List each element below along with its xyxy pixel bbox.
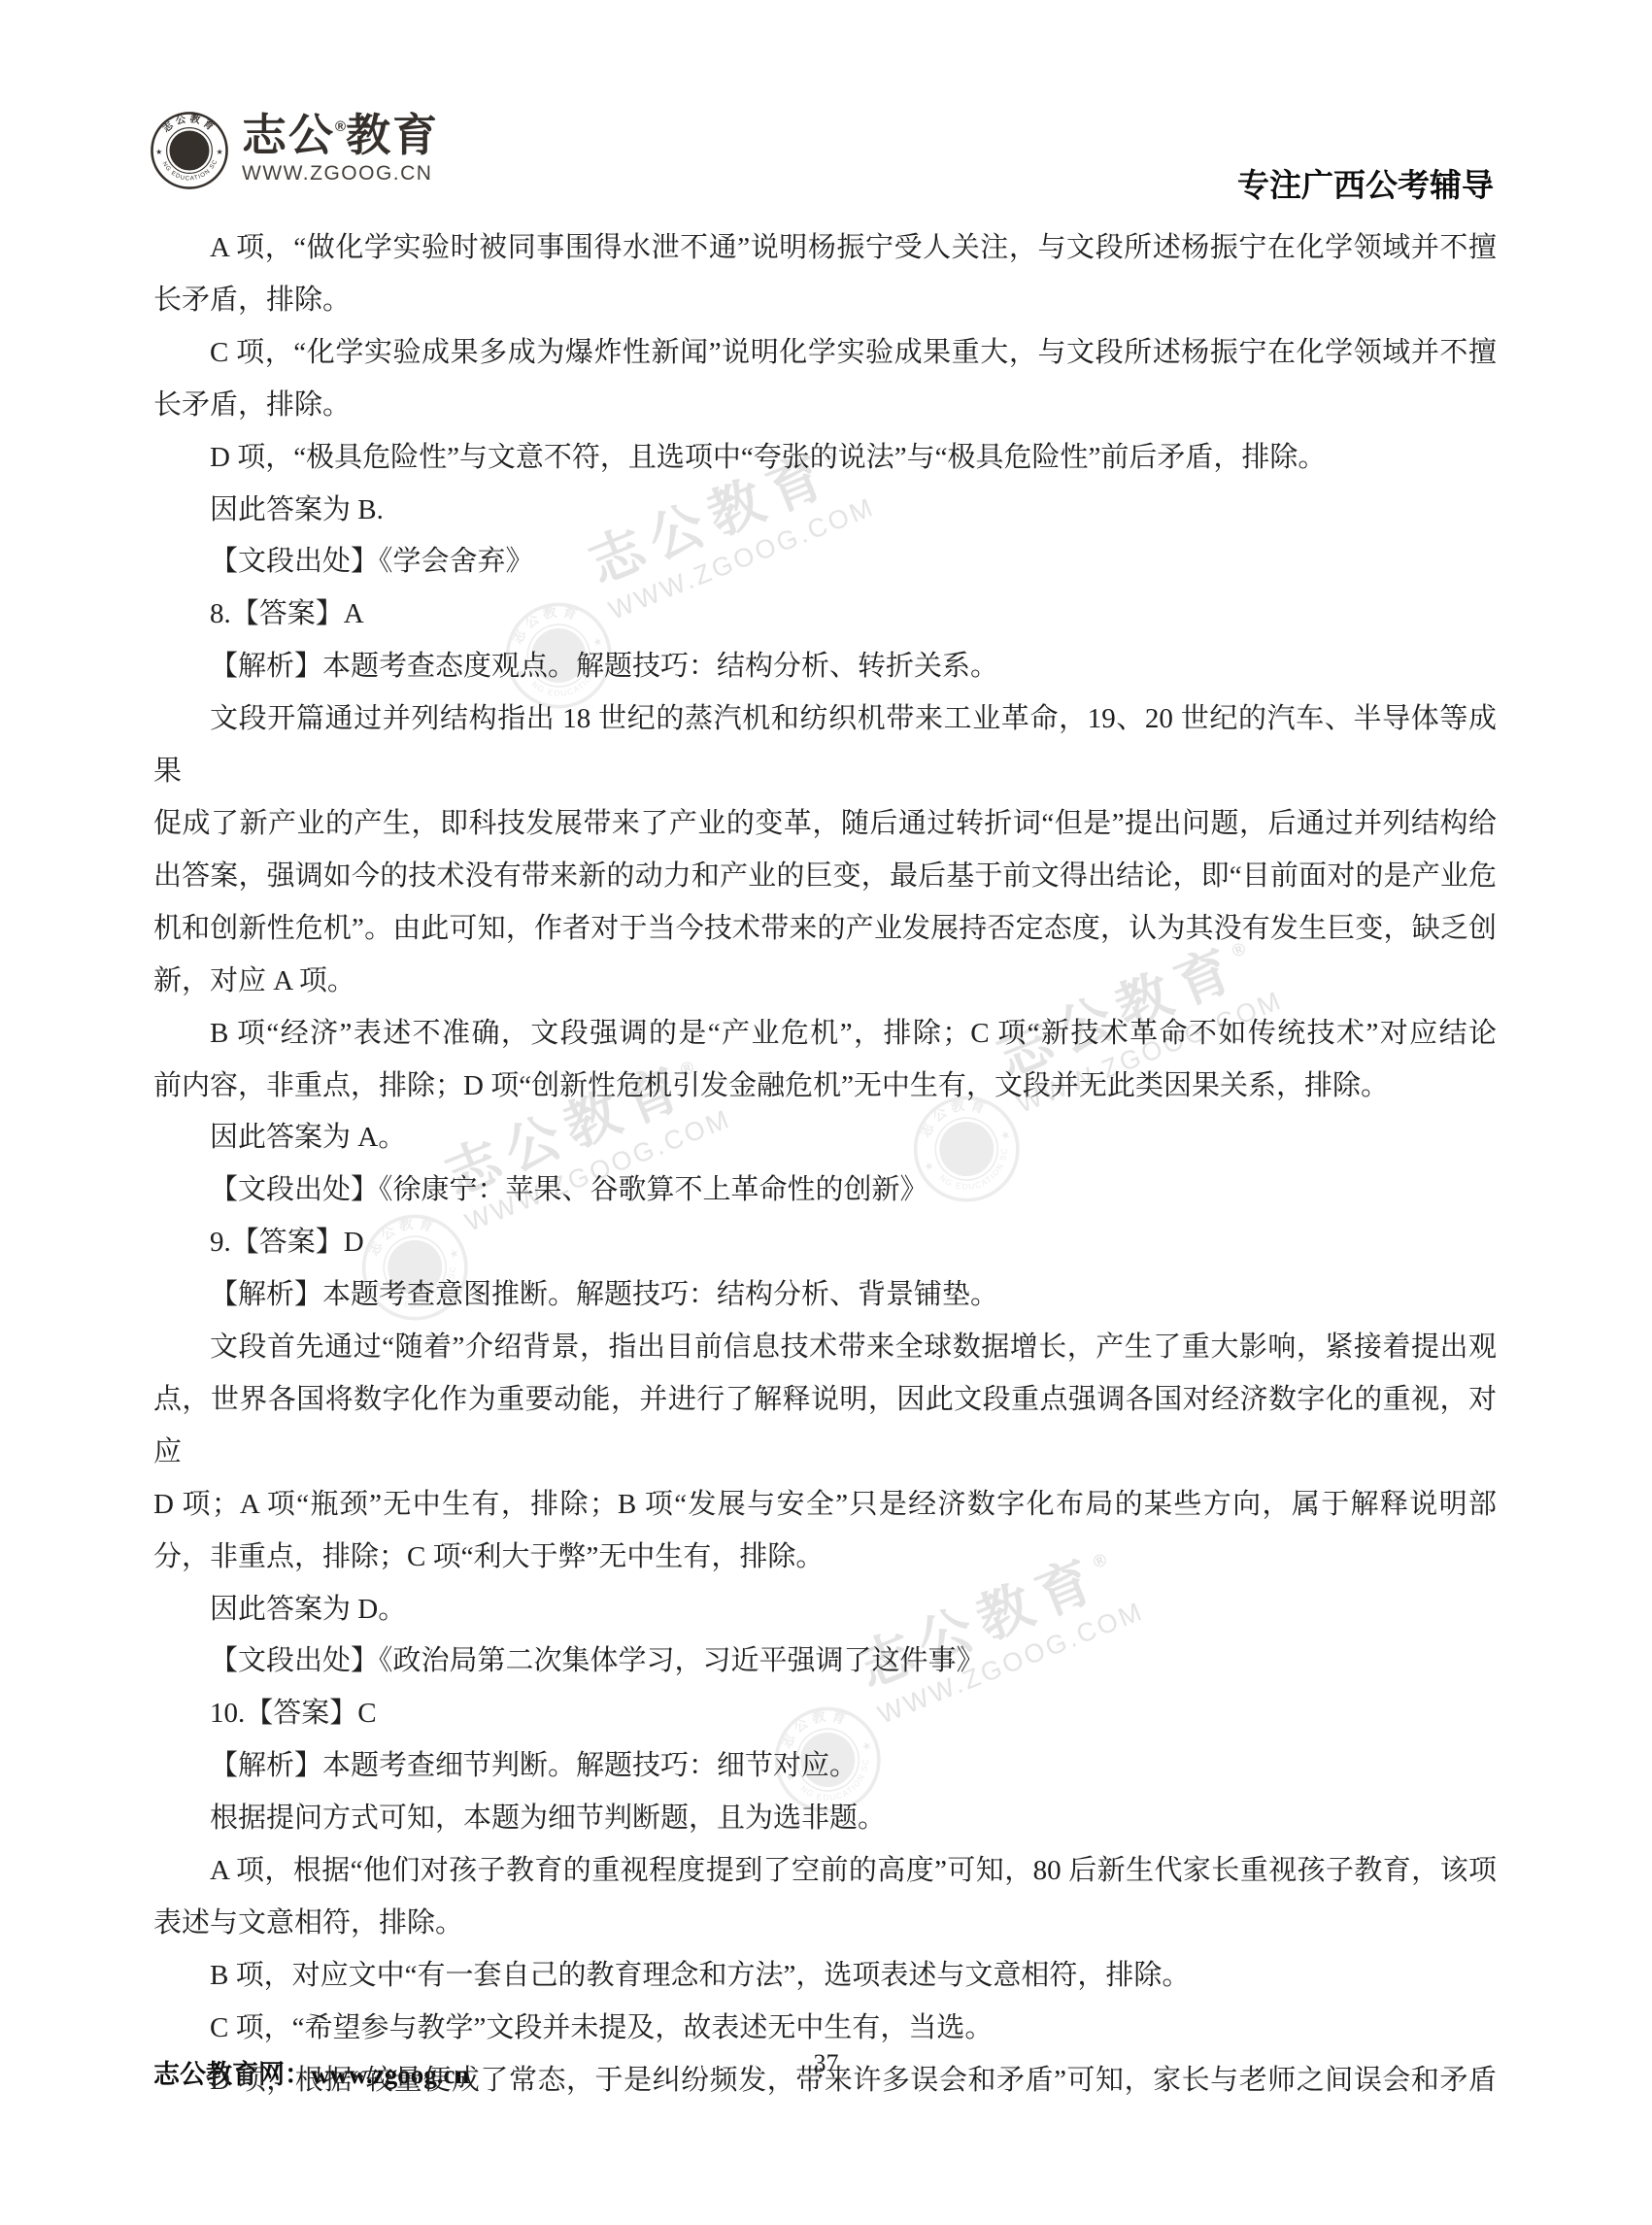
text-line: C 项，“希望参与教学”文段并未提及，故表述无中生有，当选。 — [153, 2003, 1497, 2055]
text-line: 【解析】本题考查意图推断。解题技巧：结构分析、背景铺垫。 — [153, 1269, 1497, 1322]
text-line: 9.【答案】D — [153, 1217, 1497, 1269]
text-line: D 项，根据“较量便成了常态，于是纠纷频发，带来许多误会和矛盾”可知，家长与老师… — [153, 2055, 1497, 2107]
registered-mark: ® — [335, 118, 346, 135]
brand-url: WWW.ZGOOG.CN — [242, 162, 439, 185]
text-line: B 项“经济”表述不准确，文段强调的是“产业危机”，排除；C 项“新技术革命不如… — [153, 1008, 1497, 1061]
text-line: 根据提问方式可知，本题为细节判断题，且为选非题。 — [153, 1793, 1497, 1845]
text-line: 前内容，非重点，排除；D 项“创新性危机引发金融危机”无中生有，文段并无此类因果… — [153, 1061, 1497, 1113]
text-line: 出答案，强调如今的技术没有带来新的动力和产业的巨变，最后基于前文得出结论，即“目… — [153, 851, 1497, 903]
text-line: 长矛盾，排除。 — [153, 275, 1497, 327]
text-line: 表述与文意相符，排除。 — [153, 1898, 1497, 1950]
text-line: A 项，根据“他们对孩子教育的重视程度提到了空前的高度”可知，80 后新生代家长… — [153, 1845, 1497, 1898]
document-page: 志公教育® WWW.ZGOOG.COM 志公教育® WWW.ZGOOG.COM … — [0, 0, 1652, 2225]
text-line: 因此答案为 D。 — [153, 1584, 1497, 1636]
brand-logo: 志公®教育 WWW.ZGOOG.CN — [150, 111, 439, 190]
text-line: A 项，“做化学实验时被同事围得水泄不通”说明杨振宁受人关注，与文段所述杨振宁在… — [153, 222, 1497, 275]
text-line: 文段开篇通过并列结构指出 18 世纪的蒸汽机和纺织机带来工业革命，19、20 世… — [153, 693, 1497, 798]
text-line: D 项；A 项“瓶颈”无中生有，排除；B 项“发展与安全”只是经济数字化布局的某… — [153, 1479, 1497, 1532]
text-line: 点，世界各国将数字化作为重要动能，并进行了解释说明，因此文段重点强调各国对经济数… — [153, 1374, 1497, 1479]
text-line: 10.【答案】C — [153, 1688, 1497, 1740]
text-line: D 项，“极具危险性”与文意不符，且选项中“夸张的说法”与“极具危险性”前后矛盾… — [153, 432, 1497, 485]
header-tagline: 专注广西公考辅导 — [1237, 160, 1494, 206]
text-line: 新，对应 A 项。 — [153, 956, 1497, 1008]
brand-seal-icon — [150, 111, 229, 190]
brand-name: 志公®教育 — [242, 111, 439, 161]
text-line: 机和创新性危机”。由此可知，作者对于当今技术带来的产业发展持否定态度，认为其没有… — [153, 903, 1497, 956]
text-line: 【文段出处】《学会舍弃》 — [153, 536, 1497, 589]
text-line: 【解析】本题考查细节判断。解题技巧：细节对应。 — [153, 1740, 1497, 1793]
text-line: 促成了新产业的产生，即科技发展带来了产业的变革，随后通过转折词“但是”提出问题，… — [153, 798, 1497, 851]
text-line: B 项，对应文中“有一套自己的教育理念和方法”，选项表述与文意相符，排除。 — [153, 1950, 1497, 2003]
text-line: C 项，“化学实验成果多成为爆炸性新闻”说明化学实验成果重大，与文段所述杨振宁在… — [153, 327, 1497, 380]
text-line: 【文段出处】《政治局第二次集体学习，习近平强调了这件事》 — [153, 1635, 1497, 1688]
text-line: 文段首先通过“随着”介绍背景，指出目前信息技术带来全球数据增长，产生了重大影响，… — [153, 1322, 1497, 1374]
text-line: 【解析】本题考查态度观点。解题技巧：结构分析、转折关系。 — [153, 641, 1497, 693]
text-line: 8.【答案】A — [153, 589, 1497, 641]
text-line: 【文段出处】《徐康宁：苹果、谷歌算不上革命性的创新》 — [153, 1164, 1497, 1217]
body-text: A 项，“做化学实验时被同事围得水泄不通”说明杨振宁受人关注，与文段所述杨振宁在… — [153, 222, 1497, 2107]
text-line: 长矛盾，排除。 — [153, 380, 1497, 432]
text-line: 分，非重点，排除；C 项“利大于弊”无中生有，排除。 — [153, 1532, 1497, 1584]
text-line: 因此答案为 B. — [153, 485, 1497, 537]
text-line: 因此答案为 A。 — [153, 1112, 1497, 1164]
